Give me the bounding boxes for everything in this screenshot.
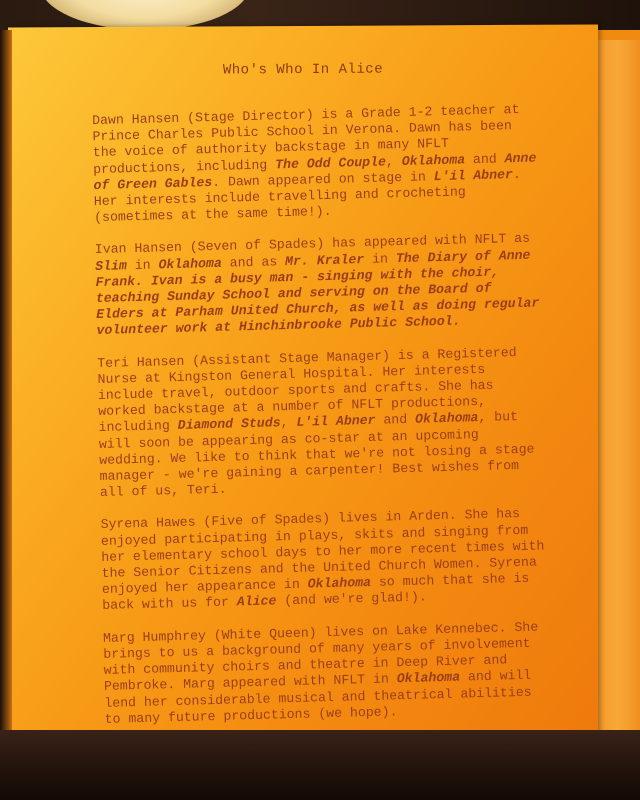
bio-syrena-hawes: Syrena Hawes (Five of Spades) lives in A… bbox=[100, 504, 602, 614]
left-shadow bbox=[0, 30, 12, 750]
bio-dawn-hansen: Dawn Hansen (Stage Director) is a Grade … bbox=[92, 100, 594, 226]
bottom-shadow bbox=[0, 730, 640, 800]
bio-teri-hansen: Teri Hansen (Assistant Stage Manager) is… bbox=[97, 343, 600, 502]
page-title: Who's Who In Alice bbox=[8, 60, 598, 79]
bio-list: Dawn Hansen (Stage Director) is a Grade … bbox=[92, 100, 605, 744]
program-page: Who's Who In Alice Dawn Hansen (Stage Di… bbox=[8, 24, 598, 742]
bio-marg-humphrey: Marg Humphrey (White Queen) lives on Lak… bbox=[103, 618, 605, 728]
bio-ivan-hansen: Ivan Hansen (Seven of Spades) has appear… bbox=[95, 229, 597, 339]
